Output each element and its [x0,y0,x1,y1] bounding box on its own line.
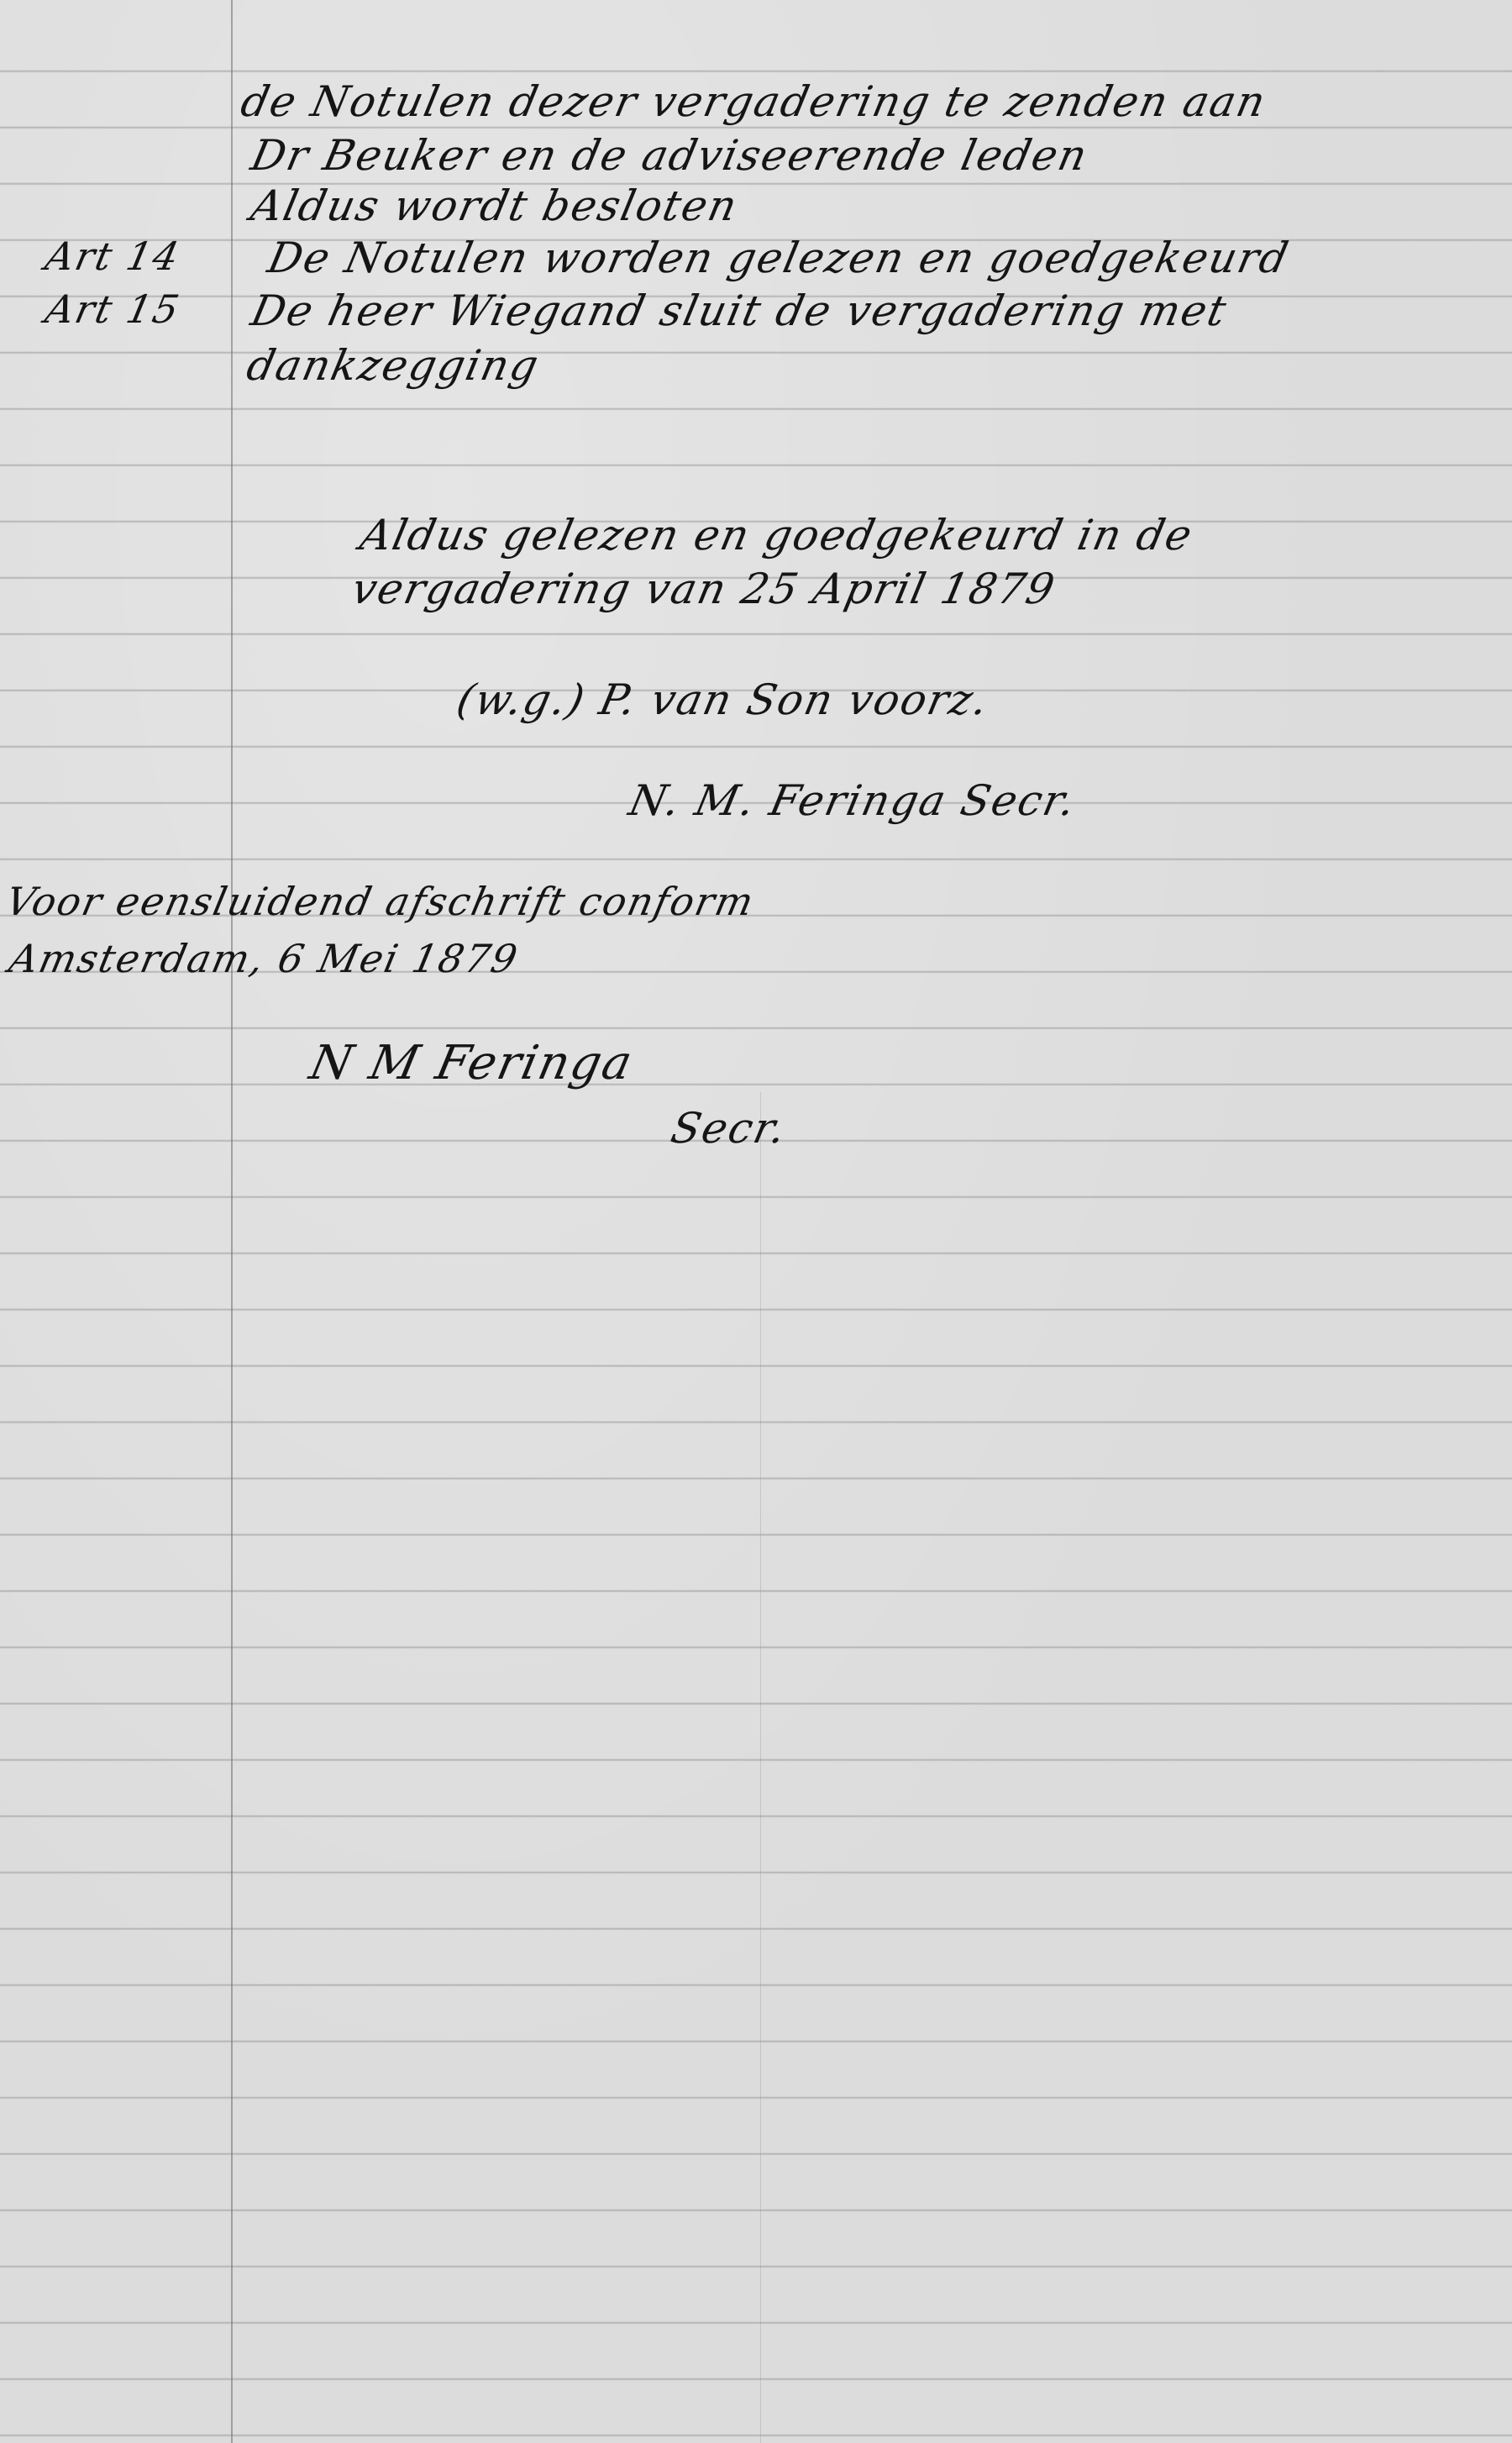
certification-line-2: Amsterdam, 6 Mei 1879 [6,939,522,978]
article-14-label: Art 14 [42,237,184,276]
approval-line-1: Aldus gelezen en goedgekeurd in de [357,514,1197,556]
approval-line-2: vergadering van 25 April 1879 [349,568,1060,610]
article-15-label: Art 15 [42,290,184,328]
minutes-line-3: Aldus wordt besloten [248,185,743,227]
chair-signature: (w.g.) P. van Son voorz. [454,679,994,721]
article-15-continuation: dankzegging [244,344,543,386]
minutes-line-2: Dr Beuker en de adviseerende leden [248,134,1092,176]
secretary-signature: N. M. Feringa Secr. [626,780,1080,822]
certification-line-1: Voor eensluidend afschrift conform [3,882,759,921]
article-15-text: De heer Wiegand sluit de vergadering met [248,290,1231,332]
margin-rule [231,0,233,2443]
paper-fold-line [760,1092,761,2443]
document-page: de Notulen dezer vergadering te zenden a… [0,0,1512,2443]
minutes-line-1: de Notulen dezer vergadering te zenden a… [238,81,1271,123]
certification-title: Secr. [668,1107,791,1149]
article-14-text: De Notulen worden gelezen en goedgekeurd [265,237,1294,279]
certification-signature: N M Feringa [306,1040,638,1087]
